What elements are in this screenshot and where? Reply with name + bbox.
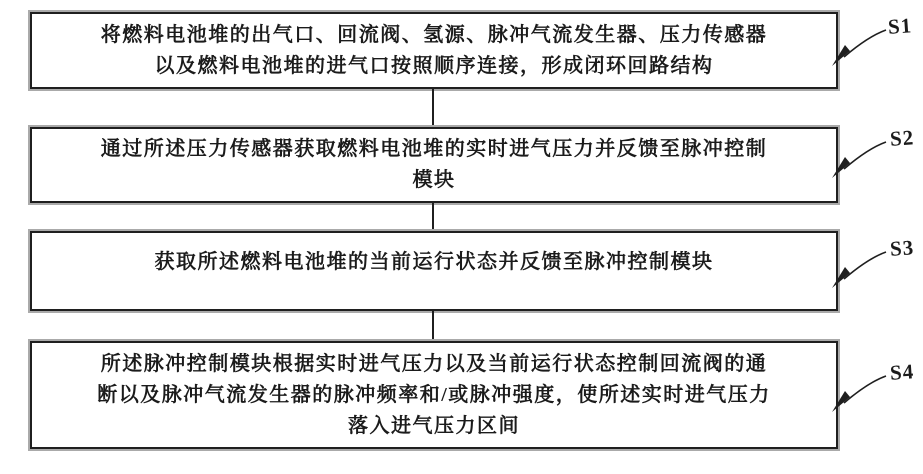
connector-line-s2-s3: [432, 203, 434, 231]
step-label-s4: S4: [889, 359, 915, 386]
flowchart-figure: 将燃料电池堆的出气口、回流阀、氢源、脉冲气流发生器、压力传感器 以及燃料电池堆的…: [0, 0, 923, 474]
leader-arrow-s4-icon: [828, 370, 890, 414]
leader-arrow-s2-icon: [828, 136, 890, 180]
step-label-s2: S2: [889, 125, 915, 152]
step-s4-text-line-2: 断以及脉冲气流发生器的脉冲频率和/或脉冲强度，使所述实时进气压力: [97, 380, 771, 411]
step-s2-text-line-2: 模块: [413, 165, 456, 196]
step-box-s2: 通过所述压力传感器获取燃料电池堆的实时进气压力并反馈至脉冲控制 模块: [30, 127, 838, 203]
connector-line-s3-s4: [432, 311, 434, 341]
step-label-s1: S1: [887, 13, 913, 40]
leader-arrow-s3-icon: [828, 246, 890, 290]
step-s1-text-line-1: 将燃料电池堆的出气口、回流阀、氢源、脉冲气流发生器、压力传感器: [101, 20, 768, 51]
step-box-s1: 将燃料电池堆的出气口、回流阀、氢源、脉冲气流发生器、压力传感器 以及燃料电池堆的…: [30, 12, 838, 89]
step-box-s4: 所述脉冲控制模块根据实时进气压力以及当前运行状态控制回流阀的通 断以及脉冲气流发…: [30, 341, 838, 449]
step-label-s3: S3: [889, 235, 915, 262]
step-s2-text-line-1: 通过所述压力传感器获取燃料电池堆的实时进气压力并反馈至脉冲控制: [101, 134, 768, 165]
step-s4-text-line-3: 落入进气压力区间: [348, 411, 520, 442]
leader-arrow-s1-icon: [828, 24, 890, 68]
connector-line-s1-s2: [432, 89, 434, 127]
step-box-s3: 获取所述燃料电池堆的当前运行状态并反馈至脉冲控制模块: [30, 231, 838, 311]
step-s1-text-line-2: 以及燃料电池堆的进气口按照顺序连接，形成闭环回路结构: [155, 51, 714, 82]
step-s3-text-line-1: 获取所述燃料电池堆的当前运行状态并反馈至脉冲控制模块: [155, 247, 714, 278]
step-s4-text-line-1: 所述脉冲控制模块根据实时进气压力以及当前运行状态控制回流阀的通: [101, 349, 768, 380]
